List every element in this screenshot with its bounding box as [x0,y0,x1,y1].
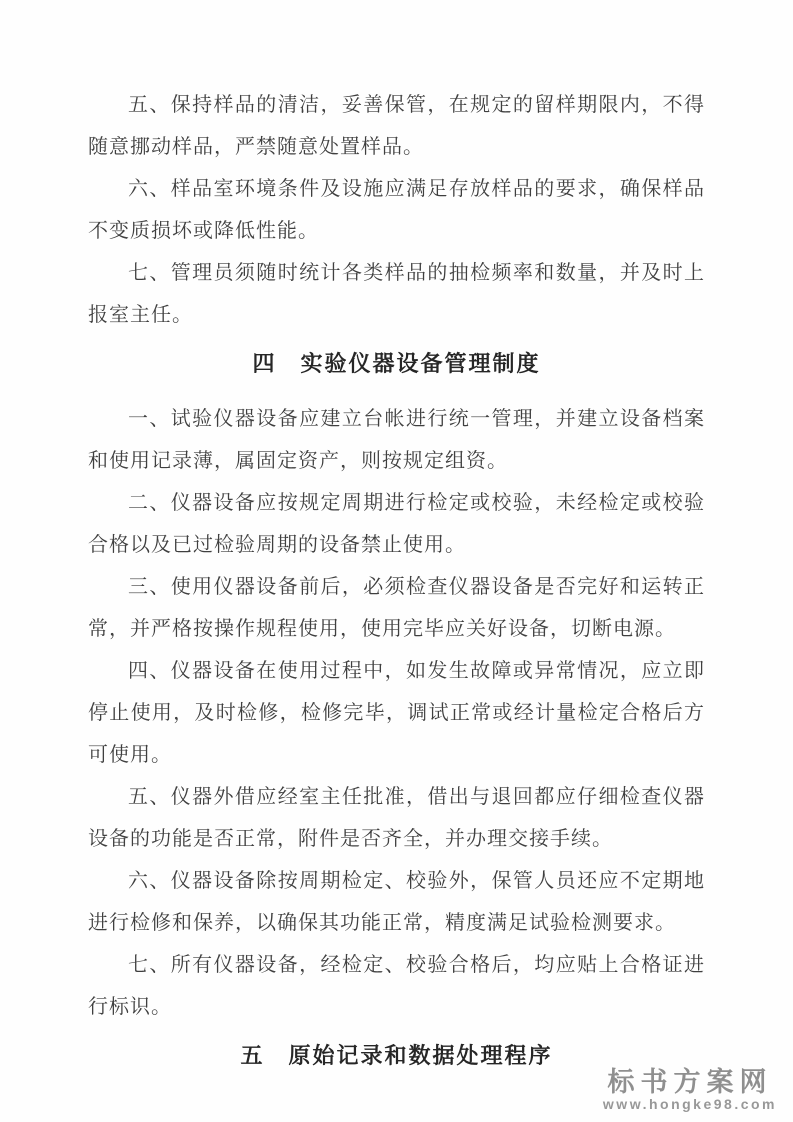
heading-records-procedure: 五 原始记录和数据处理程序 [88,1042,705,1070]
document-content: 五、保持样品的清洁，妥善保管，在规定的留样期限内，不得随意挪动样品，严禁随意处置… [88,84,705,1090]
paragraph-equipment-rule-5: 五、仪器外借应经室主任批准，借出与退回都应仔细检查仪器设备的功能是否正常，附件是… [88,776,705,860]
paragraph-equipment-rule-4: 四、仪器设备在使用过程中，如发生故障或异常情况，应立即停止使用，及时检修，检修完… [88,650,705,776]
paragraph-equipment-rule-3: 三、使用仪器设备前后，必须检查仪器设备是否完好和运转正常，并严格按操作规程使用，… [88,566,705,650]
watermark: 标书方案网 www.hongke98.com [603,1068,777,1112]
paragraph-equipment-rule-2: 二、仪器设备应按规定周期进行检定或校验，未经检定或校验合格以及已过检验周期的设备… [88,482,705,566]
watermark-site-name: 标书方案网 [603,1068,777,1096]
paragraph-equipment-rule-6: 六、仪器设备除按周期检定、校验外，保管人员还应不定期地进行检修和保养，以确保其功… [88,860,705,944]
paragraph-equipment-rule-1: 一、试验仪器设备应建立台帐进行统一管理，并建立设备档案和使用记录薄，属固定资产，… [88,398,705,482]
paragraph-sample-rule-7: 七、管理员须随时统计各类样品的抽检频率和数量，并及时上报室主任。 [88,252,705,336]
heading-equipment-management: 四 实验仪器设备管理制度 [88,350,705,378]
paragraph-equipment-rule-7: 七、所有仪器设备，经检定、校验合格后，均应贴上合格证进行标识。 [88,944,705,1028]
document-page: 五、保持样品的清洁，妥善保管，在规定的留样期限内，不得随意挪动样品，严禁随意处置… [0,0,793,1122]
paragraph-sample-rule-5: 五、保持样品的清洁，妥善保管，在规定的留样期限内，不得随意挪动样品，严禁随意处置… [88,84,705,168]
paragraph-sample-rule-6: 六、样品室环境条件及设施应满足存放样品的要求，确保样品不变质损坏或降低性能。 [88,168,705,252]
watermark-site-url: www.hongke98.com [603,1096,777,1112]
